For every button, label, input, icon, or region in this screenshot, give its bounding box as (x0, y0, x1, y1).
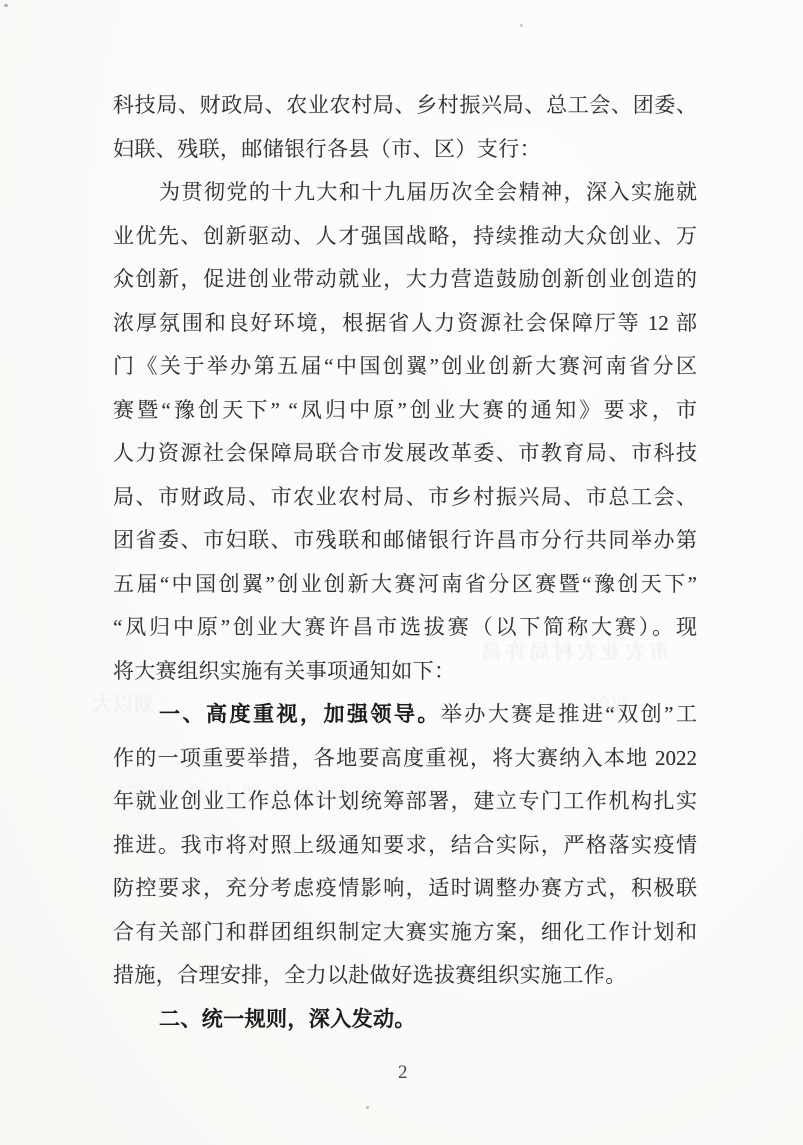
text-line: 人力资源社会保障局联合市发展改革委、市教育局、市科技 (113, 432, 697, 476)
scanned-document-page: 市农业农村局许昌 划以大 创业工作体总划计业就年 双创 市就业创业工作 科技局、… (0, 0, 803, 1145)
text-line: 局、市财政局、市农业农村局、市乡村振兴局、市总工会、 (113, 476, 697, 520)
text-line: 为贯彻党的十九大和十九届历次全会精神，深入实施就 (113, 171, 697, 215)
text-line: 合有关部门和群团组织制定大赛实施方案，细化工作计划和 (113, 911, 697, 955)
text-line: 众创新，促进创业带动就业，大力营造鼓励创新创业创造的 (113, 258, 697, 302)
text-line: 妇联、残联，邮储银行各县（市、区）支行： (113, 128, 697, 172)
text-line: 一、高度重视，加强领导。举办大赛是推进“双创”工 (113, 693, 697, 737)
scan-speck-artifact (520, 24, 523, 27)
text-line: 五届“中国创翼”创业创新大赛河南省分区赛暨“豫创天下” (113, 563, 697, 607)
text-line: 浓厚氛围和良好环境，根据省人力资源社会保障厅等 12 部 (113, 302, 697, 346)
section-heading-1: 一、高度重视，加强领导。 (159, 703, 441, 726)
text-line: 措施，合理安排，全力以赴做好选拔赛组织实施工作。 (113, 954, 697, 998)
text-line: 赛暨“豫创天下” “凤归中原”创业大赛的通知》要求，市 (113, 389, 697, 433)
scan-speck-artifact (4, 4, 8, 7)
text-line: 团省委、市妇联、市残联和邮储银行许昌市分行共同举办第 (113, 519, 697, 563)
section-heading-2: 二、统一规则，深入发动。 (159, 1008, 416, 1031)
text-line: 业优先、创新驱动、人才强国战略，持续推动大众创业、万 (113, 215, 697, 259)
text-line: 推进。我市将对照上级通知要求，结合实际，严格落实疫情 (113, 824, 697, 868)
text-line: 二、统一规则，深入发动。 (113, 998, 697, 1042)
text-line: 防控要求，充分考虑疫情影响，适时调整办赛方式，积极联 (113, 867, 697, 911)
text-line: “凤归中原”创业大赛许昌市选拔赛（以下简称大赛）。现 (113, 606, 697, 650)
text-run: 举办大赛是推进“双创”工 (441, 702, 697, 726)
text-line: 科技局、财政局、农业农村局、乡村振兴局、总工会、团委、 (113, 84, 697, 128)
text-line: 门《关于举办第五届“中国创翼”创业创新大赛河南省分区 (113, 345, 697, 389)
document-body: 科技局、财政局、农业农村局、乡村振兴局、总工会、团委、 妇联、残联，邮储银行各县… (113, 84, 697, 1041)
scan-speck-artifact (366, 1106, 369, 1109)
page-number: 2 (398, 1062, 408, 1084)
text-line: 将大赛组织实施有关事项通知如下： (113, 650, 697, 694)
text-line: 年就业创业工作总体计划统筹部署，建立专门工作机构扎实 (113, 780, 697, 824)
text-line: 作的一项重要举措，各地要高度重视，将大赛纳入本地 2022 (113, 737, 697, 781)
